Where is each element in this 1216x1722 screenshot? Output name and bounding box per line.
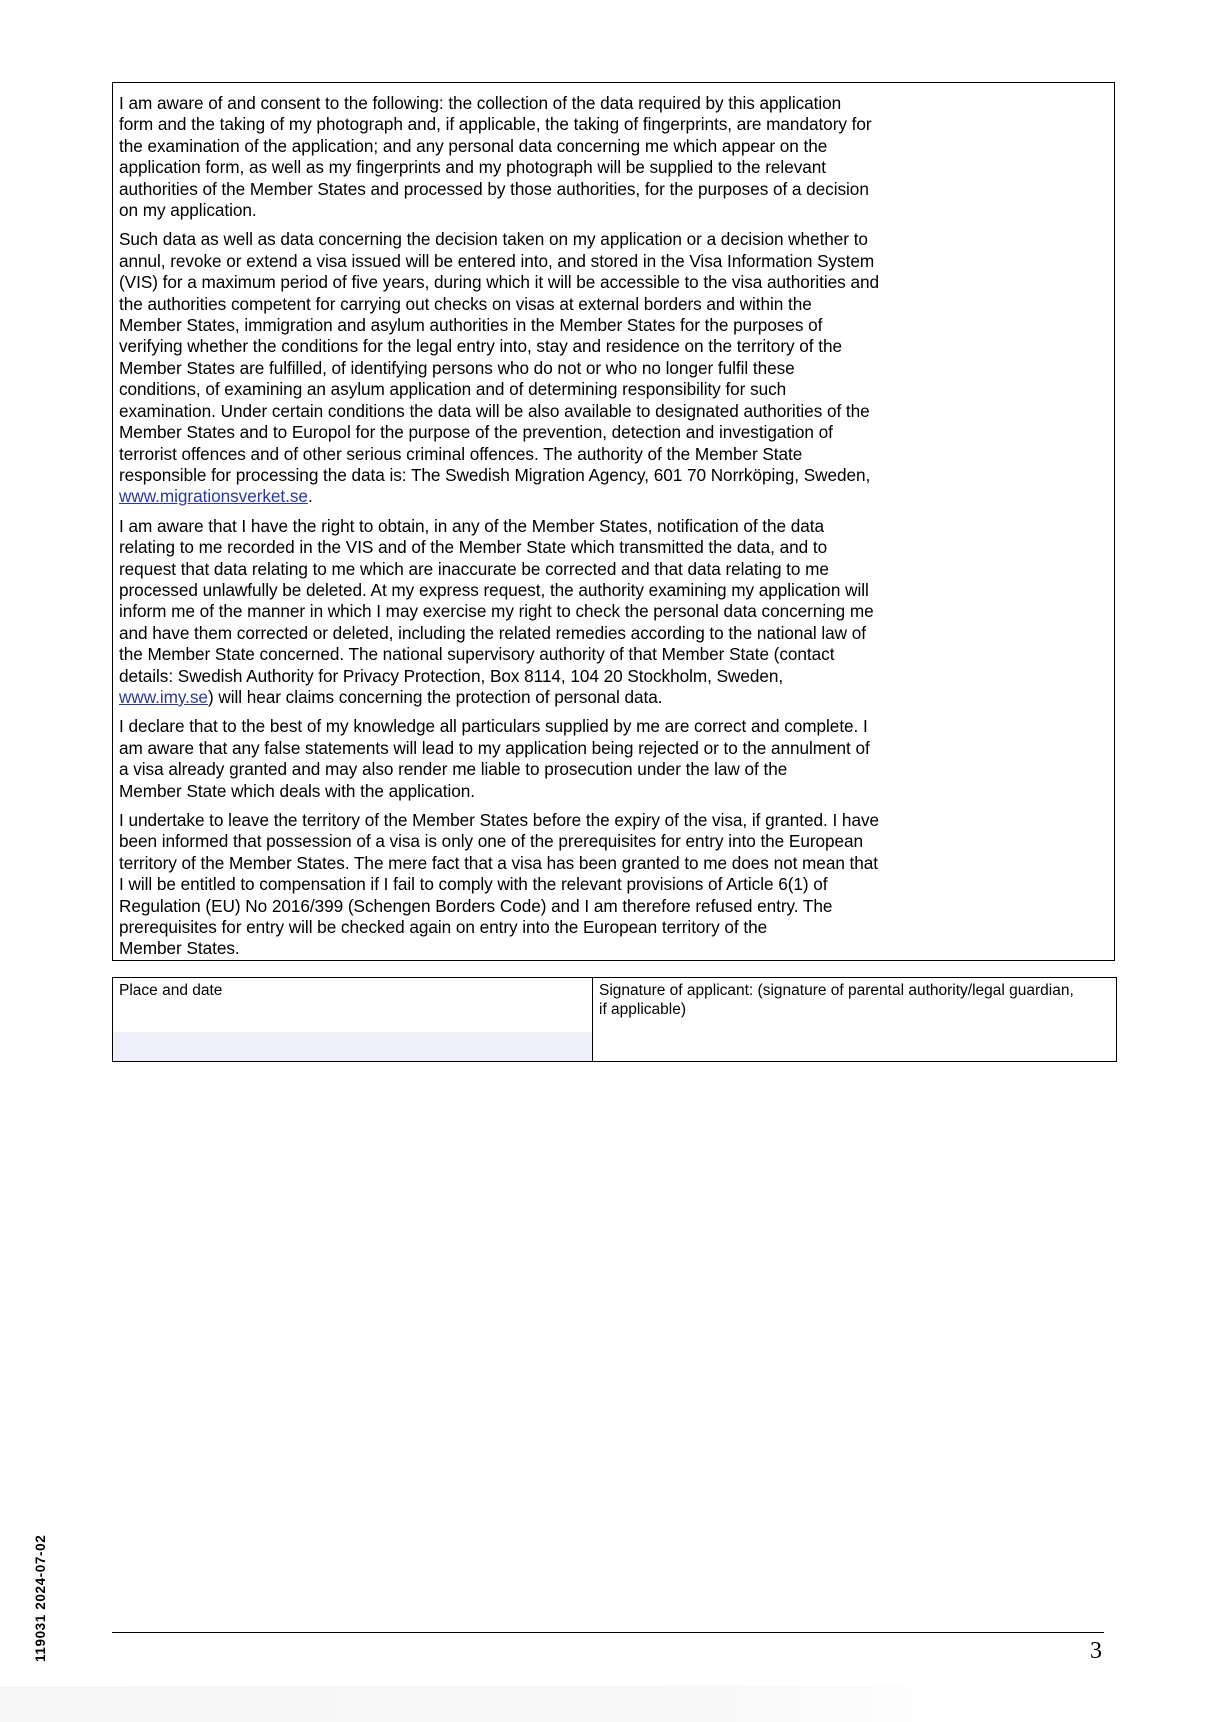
declaration-paragraph-vis-storage: Such data as well as data concerning the… — [119, 229, 959, 507]
signature-section: Place and date Signature of applicant: (… — [112, 977, 1117, 1062]
signature-area[interactable] — [593, 1020, 1116, 1061]
signature-label: Signature of applicant: (signature of pa… — [599, 981, 1099, 1019]
paragraph-text: I undertake to leave the territory of th… — [119, 810, 879, 958]
document-id-date: 119031 2024-07-02 — [34, 1535, 48, 1662]
page-number: 3 — [1090, 1638, 1102, 1664]
place-date-input[interactable] — [113, 1032, 592, 1061]
imy-link[interactable]: www.imy.se — [119, 687, 208, 707]
footer-divider — [112, 1632, 1104, 1633]
place-date-label: Place and date — [119, 981, 619, 1000]
signature-cell: Signature of applicant: (signature of pa… — [593, 978, 1116, 1061]
paragraph-text: I am aware of and consent to the followi… — [119, 93, 872, 220]
declaration-paragraph-consent: I am aware of and consent to the followi… — [119, 93, 959, 221]
paragraph-text: I am aware that I have the right to obta… — [119, 516, 874, 686]
paragraph-text-tail: . — [308, 486, 313, 506]
declaration-paragraph-data-rights: I am aware that I have the right to obta… — [119, 516, 959, 709]
migrationsverket-link[interactable]: www.migrationsverket.se — [119, 486, 308, 506]
declaration-paragraph-undertaking: I undertake to leave the territory of th… — [119, 810, 959, 960]
declaration-box: I am aware of and consent to the followi… — [112, 82, 1115, 961]
paragraph-text-tail: ) will hear claims concerning the protec… — [208, 687, 663, 707]
paragraph-text: I declare that to the best of my knowled… — [119, 716, 870, 800]
place-date-cell: Place and date — [113, 978, 593, 1061]
page-bottom-edge — [0, 1686, 1216, 1722]
declaration-paragraph-truthfulness: I declare that to the best of my knowled… — [119, 716, 959, 802]
paragraph-text: Such data as well as data concerning the… — [119, 229, 879, 484]
